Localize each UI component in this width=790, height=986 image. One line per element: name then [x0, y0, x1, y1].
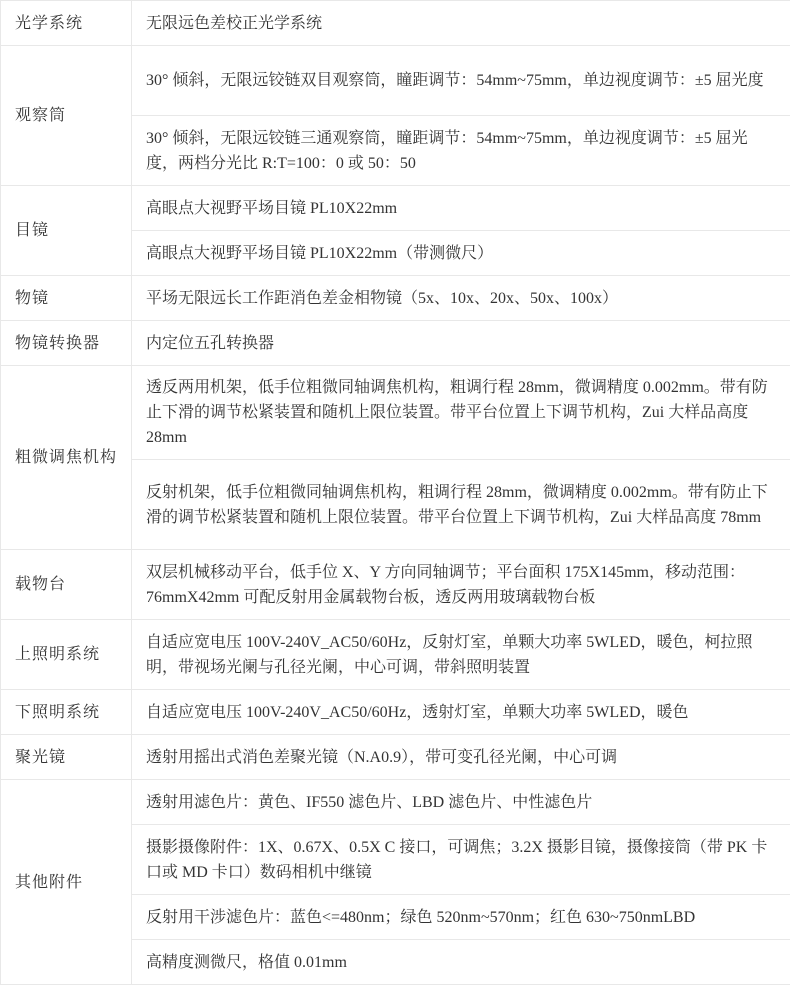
spec-cell: 无限远色差校正光学系统: [132, 1, 790, 46]
table-row: 物镜 平场无限远长工作距消色差金相物镜（5x、10x、20x、50x、100x）: [1, 276, 790, 321]
category-cell-eyepiece: 目镜: [1, 186, 132, 276]
spec-cell: 反射用干涉滤色片：蓝色<=480nm；绿色 520nm~570nm；红色 630…: [132, 895, 790, 940]
spec-cell: 高眼点大视野平场目镜 PL10X22mm: [132, 186, 790, 231]
table-row: 载物台 双层机械移动平台，低手位 X、Y 方向同轴调节；平台面积 175X145…: [1, 550, 790, 620]
spec-cell: 平场无限远长工作距消色差金相物镜（5x、10x、20x、50x、100x）: [132, 276, 790, 321]
spec-cell: 透射用滤色片：黄色、IF550 滤色片、LBD 滤色片、中性滤色片: [132, 780, 790, 825]
spec-cell: 双层机械移动平台，低手位 X、Y 方向同轴调节；平台面积 175X145mm，移…: [132, 550, 790, 620]
category-cell-focusing-mechanism: 粗微调焦机构: [1, 366, 132, 550]
table-row: 物镜转换器 内定位五孔转换器: [1, 321, 790, 366]
spec-cell: 摄影摄像附件：1X、0.67X、0.5X C 接口，可调焦；3.2X 摄影目镜，…: [132, 825, 790, 895]
table-row: 聚光镜 透射用摇出式消色差聚光镜（N.A0.9），带可变孔径光阑，中心可调: [1, 735, 790, 780]
category-cell-upper-illumination: 上照明系统: [1, 620, 132, 690]
table-row: 粗微调焦机构 透反两用机架，低手位粗微同轴调焦机构，粗调行程 28mm，微调精度…: [1, 366, 790, 460]
spec-cell: 内定位五孔转换器: [132, 321, 790, 366]
table-row: 上照明系统 自适应宽电压 100V-240V_AC50/60Hz，反射灯室，单颗…: [1, 620, 790, 690]
category-cell-optical-system: 光学系统: [1, 1, 132, 46]
table-row: 下照明系统 自适应宽电压 100V-240V_AC50/60Hz，透射灯室，单颗…: [1, 690, 790, 735]
spec-cell: 高精度测微尺，格值 0.01mm: [132, 940, 790, 985]
table-row: 目镜 高眼点大视野平场目镜 PL10X22mm: [1, 186, 790, 231]
spec-cell: 高眼点大视野平场目镜 PL10X22mm（带测微尺）: [132, 231, 790, 276]
category-cell-objective: 物镜: [1, 276, 132, 321]
table-row: 其他附件 透射用滤色片：黄色、IF550 滤色片、LBD 滤色片、中性滤色片: [1, 780, 790, 825]
microscope-spec-table: 光学系统 无限远色差校正光学系统 观察筒 30° 倾斜，无限远铰链双目观察筒，瞳…: [0, 0, 790, 985]
category-cell-lower-illumination: 下照明系统: [1, 690, 132, 735]
spec-cell: 30° 倾斜，无限远铰链双目观察筒，瞳距调节：54mm~75mm，单边视度调节：…: [132, 46, 790, 116]
spec-cell: 自适应宽电压 100V-240V_AC50/60Hz，透射灯室，单颗大功率 5W…: [132, 690, 790, 735]
spec-cell: 透射用摇出式消色差聚光镜（N.A0.9），带可变孔径光阑，中心可调: [132, 735, 790, 780]
table-row: 光学系统 无限远色差校正光学系统: [1, 1, 790, 46]
category-cell-stage: 载物台: [1, 550, 132, 620]
category-cell-other-accessories: 其他附件: [1, 780, 132, 985]
category-cell-nosepiece: 物镜转换器: [1, 321, 132, 366]
spec-cell: 透反两用机架，低手位粗微同轴调焦机构，粗调行程 28mm，微调精度 0.002m…: [132, 366, 790, 460]
spec-cell: 自适应宽电压 100V-240V_AC50/60Hz，反射灯室，单颗大功率 5W…: [132, 620, 790, 690]
table-row: 观察筒 30° 倾斜，无限远铰链双目观察筒，瞳距调节：54mm~75mm，单边视…: [1, 46, 790, 116]
spec-cell: 反射机架，低手位粗微同轴调焦机构，粗调行程 28mm，微调精度 0.002mm。…: [132, 460, 790, 550]
category-cell-observation-tube: 观察筒: [1, 46, 132, 186]
category-cell-condenser: 聚光镜: [1, 735, 132, 780]
spec-cell: 30° 倾斜，无限远铰链三通观察筒，瞳距调节：54mm~75mm，单边视度调节：…: [132, 116, 790, 186]
